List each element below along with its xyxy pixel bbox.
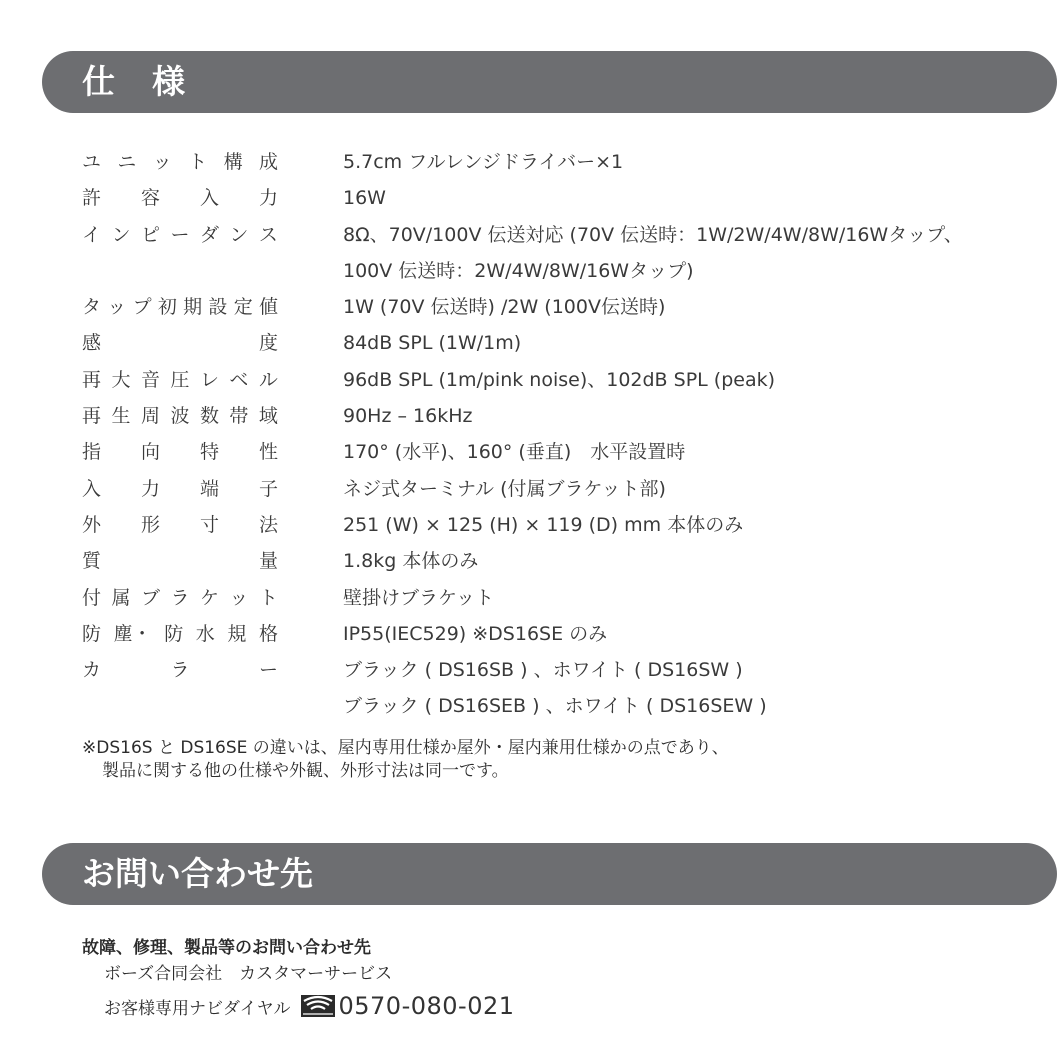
spec-label: インピーダンス (82, 217, 278, 253)
spec-label-char: ラ (170, 580, 189, 616)
spec-label-char: 圧 (170, 362, 189, 398)
spec-label-char: 許 (82, 180, 101, 216)
spec-label-char: ス (259, 217, 278, 253)
spec-label-char: イ (82, 217, 101, 253)
spec-label-char: 周 (141, 398, 160, 434)
spec-label-char: 向 (141, 434, 160, 470)
spec-label-char: 容 (141, 180, 160, 216)
spec-label-char: 寸 (200, 507, 219, 543)
contact-phone-row: お客様専用ナビダイヤル 0570-080-021 (82, 988, 515, 1024)
spec-value: 16W (343, 180, 1042, 216)
spec-label: 再大音圧レベル (82, 362, 278, 398)
spec-label-char: 大 (111, 362, 130, 398)
spec-values: ネジ式ターミナル (付属ブラケット部) (343, 471, 1042, 507)
spec-label-char: レ (200, 362, 219, 398)
spec-value: 100V 伝送時：2W/4W/8W/16Wタップ) (343, 253, 1042, 289)
spec-label-char: 量 (259, 543, 278, 579)
spec-values: 8Ω、70V/100V 伝送対応 (70V 伝送時：1W/2W/4W/8W/16… (343, 217, 1042, 290)
spec-label: タップ初期設定値 (82, 289, 278, 325)
spec-label-char: ベ (229, 362, 248, 398)
spec-label-char: 定 (234, 289, 253, 325)
spec-label: 外形寸法 (82, 507, 278, 543)
spec-label: カラー (82, 652, 278, 688)
spec-label-char: ッ (229, 580, 248, 616)
contact-company: ボーズ合同会社 カスタマーサービス (82, 960, 515, 988)
spec-value: 96dB SPL (1m/pink noise)、102dB SPL (peak… (343, 362, 1042, 398)
spec-label-char: ー (259, 652, 278, 688)
spec-label-char: 防 (164, 616, 183, 652)
spec-value: ブラック ( DS16SB ) 、ホワイト ( DS16SW ) (343, 652, 1042, 688)
spec-label: 指向特性 (82, 434, 278, 470)
spec-label: 入力端子 (82, 471, 278, 507)
spec-label-char: 質 (82, 543, 101, 579)
spec-label-char: ル (259, 362, 278, 398)
contact-info: 故障、修理、製品等のお問い合わせ先 ボーズ合同会社 カスタマーサービス お客様専… (82, 936, 515, 1024)
spec-label-char: 感 (82, 325, 101, 361)
spec-values: 251 (W) × 125 (H) × 119 (D) mm 本体のみ (343, 507, 1042, 543)
spec-values: IP55(IEC529) ※DS16SE のみ (343, 616, 1042, 652)
spec-row: ユニット構成5.7cm フルレンジドライバー×1 (82, 144, 1042, 180)
spec-label-char: 属 (111, 580, 130, 616)
spec-label-char: 水 (196, 616, 215, 652)
spec-row: 質量1.8kg 本体のみ (82, 543, 1042, 579)
spec-values: ブラック ( DS16SB ) 、ホワイト ( DS16SW )ブラック ( D… (343, 652, 1042, 725)
spec-label-char: 特 (200, 434, 219, 470)
spec-label-char: ユ (82, 144, 101, 180)
spec-label-char: 性 (259, 434, 278, 470)
spec-value: 84dB SPL (1W/1m) (343, 325, 1042, 361)
spec-label-char: 度 (259, 325, 278, 361)
spec-row: 許容入力16W (82, 180, 1042, 216)
spec-label-char: 格 (259, 616, 278, 652)
spec-label-char: 力 (141, 471, 160, 507)
contact-section-title: お問い合わせ先 (82, 843, 313, 905)
spec-label-char: 指 (82, 434, 101, 470)
spec-label-char: 成 (259, 144, 278, 180)
spec-label-char: 期 (183, 289, 202, 325)
spec-row: 指向特性170° (水平)、160° (垂直) 水平設置時 (82, 434, 1042, 470)
spec-label-char: ッ (107, 289, 126, 325)
spec-values: 5.7cm フルレンジドライバー×1 (343, 144, 1042, 180)
spec-label-char: ン (111, 217, 130, 253)
spec-values: 90Hz – 16kHz (343, 398, 1042, 434)
spec-values: 84dB SPL (1W/1m) (343, 325, 1042, 361)
spec-section-title: 仕 様 (82, 51, 187, 113)
spec-label-char: 帯 (229, 398, 248, 434)
spec-row: インピーダンス8Ω、70V/100V 伝送対応 (70V 伝送時：1W/2W/4… (82, 217, 1042, 290)
spec-note: ※DS16S と DS16SE の違いは、屋内専用仕様か屋外・屋内兼用仕様かの点… (82, 737, 729, 783)
spec-label-char: 子 (259, 471, 278, 507)
spec-value: 90Hz – 16kHz (343, 398, 1042, 434)
spec-label-char: 域 (259, 398, 278, 434)
contact-heading: 故障、修理、製品等のお問い合わせ先 (82, 936, 515, 960)
navi-dial-icon (301, 995, 335, 1017)
spec-label: 防塵・防水規格 (82, 616, 278, 652)
spec-value: 1.8kg 本体のみ (343, 543, 1042, 579)
spec-label-char: 音 (141, 362, 160, 398)
spec-value: IP55(IEC529) ※DS16SE のみ (343, 616, 1042, 652)
spec-label-char: 入 (200, 180, 219, 216)
spec-label-char: 構 (224, 144, 243, 180)
spec-table: ユニット構成5.7cm フルレンジドライバー×1許容入力16Wインピーダンス8Ω… (82, 144, 1042, 725)
spec-label-char: カ (82, 652, 101, 688)
spec-value: ネジ式ターミナル (付属ブラケット部) (343, 471, 1042, 507)
spec-row: 再生周波数帯域90Hz – 16kHz (82, 398, 1042, 434)
spec-values: 96dB SPL (1m/pink noise)、102dB SPL (peak… (343, 362, 1042, 398)
spec-label-char: ト (188, 144, 207, 180)
spec-value: 1W (70V 伝送時) /2W (100V伝送時) (343, 289, 1042, 325)
spec-row: 防塵・防水規格IP55(IEC529) ※DS16SE のみ (82, 616, 1042, 652)
spec-value: 8Ω、70V/100V 伝送対応 (70V 伝送時：1W/2W/4W/8W/16… (343, 217, 1042, 253)
spec-label-char: 数 (200, 398, 219, 434)
spec-label: 感度 (82, 325, 278, 361)
spec-label-char: 入 (82, 471, 101, 507)
spec-label-char: 端 (200, 471, 219, 507)
spec-label: 再生周波数帯域 (82, 398, 278, 434)
spec-row: 入力端子ネジ式ターミナル (付属ブラケット部) (82, 471, 1042, 507)
spec-label-char: ン (229, 217, 248, 253)
spec-values: 1W (70V 伝送時) /2W (100V伝送時) (343, 289, 1042, 325)
dial-label: お客様専用ナビダイヤル (104, 994, 291, 1019)
spec-label-char: プ (133, 289, 152, 325)
spec-values: 壁掛けブラケット (343, 580, 1042, 616)
spec-value: 170° (水平)、160° (垂直) 水平設置時 (343, 434, 1042, 470)
spec-label: 付属ブラケット (82, 580, 278, 616)
spec-row: 付属ブラケット壁掛けブラケット (82, 580, 1042, 616)
spec-label: 質量 (82, 543, 278, 579)
spec-value: 壁掛けブラケット (343, 580, 1042, 616)
spec-values: 170° (水平)、160° (垂直) 水平設置時 (343, 434, 1042, 470)
spec-row: タップ初期設定値1W (70V 伝送時) /2W (100V伝送時) (82, 289, 1042, 325)
spec-label-char: ブ (141, 580, 160, 616)
spec-label-char: 再 (82, 362, 101, 398)
spec-row: 感度84dB SPL (1W/1m) (82, 325, 1042, 361)
spec-label-char: ー (170, 217, 189, 253)
phone-number: 0570-080-021 (339, 992, 515, 1020)
spec-label-char: 初 (158, 289, 177, 325)
spec-label-char: ラ (170, 652, 189, 688)
spec-values: 16W (343, 180, 1042, 216)
spec-label-char: 波 (170, 398, 189, 434)
spec-label-char: 法 (259, 507, 278, 543)
spec-note-line-2: 製品に関する他の仕様や外観、外形寸法は同一です。 (82, 760, 729, 783)
spec-label: ユニット構成 (82, 144, 278, 180)
spec-value: 5.7cm フルレンジドライバー×1 (343, 144, 1042, 180)
spec-label-char: ト (259, 580, 278, 616)
spec-label-char: ッ (153, 144, 172, 180)
spec-label-char: 設 (208, 289, 227, 325)
spec-label-char: 再 (82, 398, 101, 434)
spec-label-char: 付 (82, 580, 101, 616)
spec-label-char: ダ (200, 217, 219, 253)
spec-label-char: 塵・ (114, 616, 152, 652)
spec-label-char: 生 (111, 398, 130, 434)
contact-section-header: お問い合わせ先 (42, 843, 1057, 905)
spec-label-char: 形 (141, 507, 160, 543)
spec-label-char: 値 (259, 289, 278, 325)
spec-value: 251 (W) × 125 (H) × 119 (D) mm 本体のみ (343, 507, 1042, 543)
spec-note-line-1: ※DS16S と DS16SE の違いは、屋内専用仕様か屋外・屋内兼用仕様かの点… (82, 737, 729, 760)
spec-label-char: 力 (259, 180, 278, 216)
spec-label-char: ケ (200, 580, 219, 616)
spec-label-char: ニ (117, 144, 136, 180)
spec-row: 再大音圧レベル96dB SPL (1m/pink noise)、102dB SP… (82, 362, 1042, 398)
spec-row: カラーブラック ( DS16SB ) 、ホワイト ( DS16SW )ブラック … (82, 652, 1042, 725)
spec-label-char: 外 (82, 507, 101, 543)
spec-label-char: タ (82, 289, 101, 325)
spec-row: 外形寸法251 (W) × 125 (H) × 119 (D) mm 本体のみ (82, 507, 1042, 543)
spec-label-char: ピ (141, 217, 160, 253)
spec-values: 1.8kg 本体のみ (343, 543, 1042, 579)
spec-value: ブラック ( DS16SEB ) 、ホワイト ( DS16SEW ) (343, 688, 1042, 724)
spec-label: 許容入力 (82, 180, 278, 216)
spec-label-char: 規 (227, 616, 246, 652)
spec-section-header: 仕 様 (42, 51, 1057, 113)
spec-label-char: 防 (82, 616, 101, 652)
